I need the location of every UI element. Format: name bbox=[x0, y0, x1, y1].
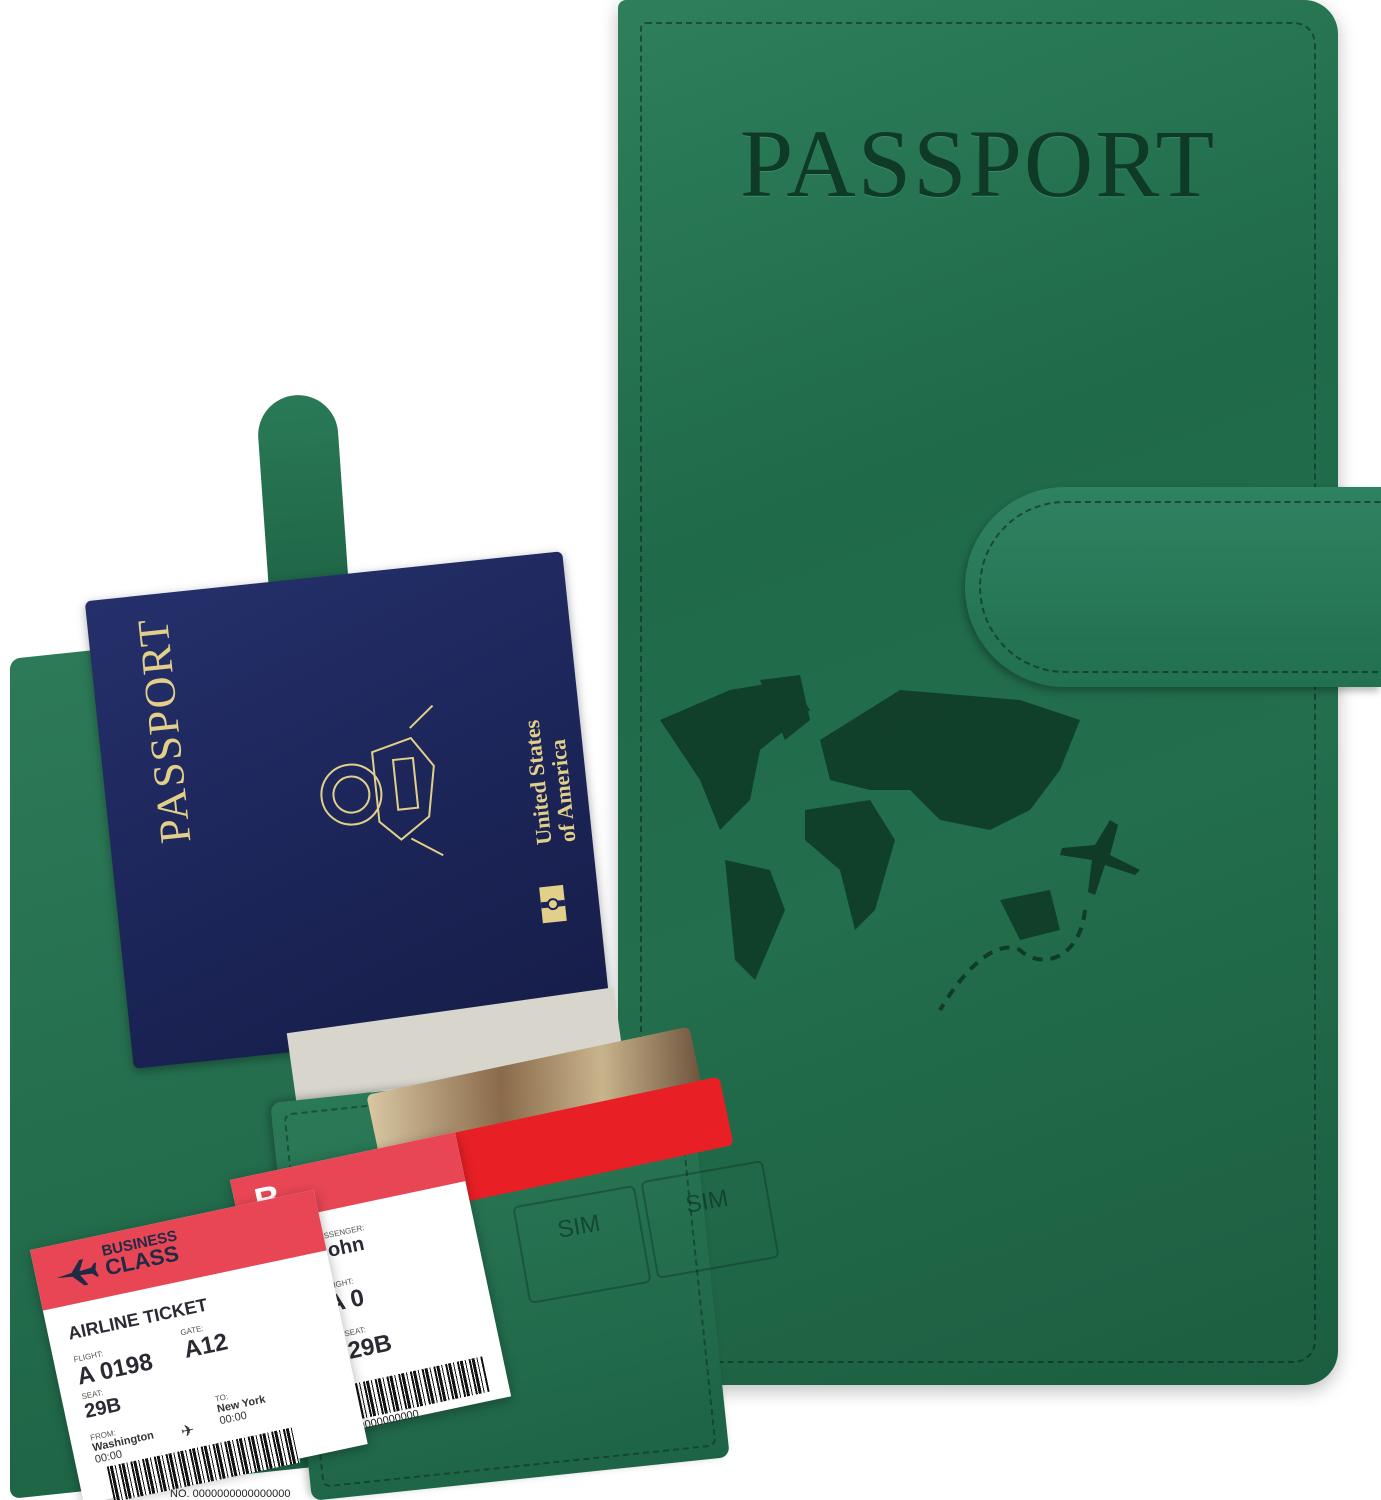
strap-stitching bbox=[979, 501, 1381, 673]
airplane-icon bbox=[51, 1255, 100, 1293]
sim-slot: SIM bbox=[512, 1185, 651, 1304]
class-label: BUSINESS CLASS bbox=[100, 1227, 182, 1276]
us-passport: PASSPORT United States of America bbox=[85, 551, 611, 1069]
wallet-closure-tab bbox=[255, 392, 348, 587]
e-passport-chip-icon bbox=[537, 883, 569, 926]
cover-title: PASSPORT bbox=[618, 108, 1338, 219]
world-map-icon bbox=[640, 660, 1220, 1020]
flight-arrow-icon: ✈ bbox=[179, 1420, 196, 1442]
snap-strap bbox=[965, 487, 1381, 687]
eagle-seal-icon bbox=[297, 694, 464, 879]
sim-slot: SIM bbox=[640, 1160, 779, 1279]
ticket-number: NO. 0000000000000000 bbox=[170, 1488, 291, 1500]
passport-word: PASSPORT bbox=[127, 615, 201, 846]
country-name: United States of America bbox=[507, 592, 581, 846]
